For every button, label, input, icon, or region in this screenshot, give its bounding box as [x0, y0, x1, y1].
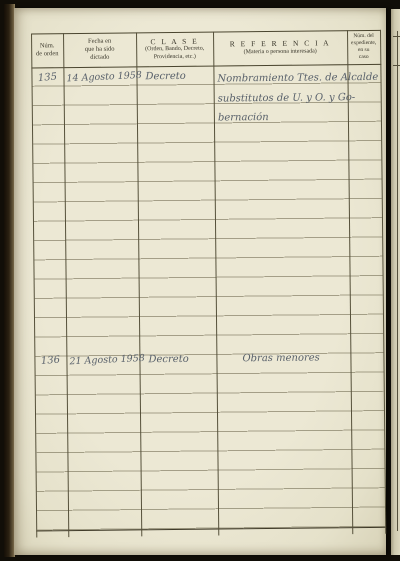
- entry-class: Decreto: [148, 354, 188, 365]
- reference-line: Nombramiento Ttes. de Alcalde: [217, 68, 379, 89]
- entry-num: 136: [34, 354, 67, 368]
- entry-class: Decreto: [145, 71, 185, 82]
- header-text: caso: [359, 54, 369, 61]
- entry-num: 135: [31, 71, 64, 85]
- scanned-ledger-background: Núm. de orden Fecha en que ha sido dicta…: [0, 0, 400, 561]
- header-subtitle: (Materia o persona interesada): [244, 48, 317, 57]
- ledger-page: Núm. de orden Fecha en que ha sido dicta…: [14, 8, 386, 555]
- header-cell-num-orden: Núm. de orden: [31, 33, 63, 67]
- header-cell-fecha: Fecha en que ha sido dictado: [63, 32, 136, 67]
- entry-row-136: 136 21 Agosto 1958 Decreto Obras menores: [34, 352, 384, 376]
- adjacent-page-header-line: [393, 65, 400, 66]
- header-text: de orden: [36, 50, 59, 58]
- entry-row-135: 135 14 Agosto 1958 Decreto Nombramiento …: [31, 69, 381, 93]
- row-grid-lines: [32, 64, 385, 532]
- reference-line: substitutos de U. y O. y Go-: [218, 87, 380, 108]
- entry-reference: Obras menores: [242, 352, 319, 364]
- header-text: dictado: [90, 54, 109, 62]
- reference-line: Obras menores: [242, 352, 319, 364]
- header-text: que ha sido: [85, 46, 115, 54]
- entry-date: 21 Agosto 1958: [69, 353, 139, 367]
- adjacent-page-edge: [391, 9, 400, 555]
- header-cell-referencia: R E F E R E N C I A (Materia o persona i…: [213, 30, 347, 65]
- header-title: C L A S E: [150, 36, 198, 46]
- adjacent-page-header-line: [393, 36, 400, 37]
- header-text: Núm.: [40, 42, 55, 50]
- adjacent-page-column-line: [397, 31, 398, 531]
- registry-table: Núm. de orden Fecha en que ha sido dicta…: [31, 30, 386, 531]
- header-subtitle: Providencia, etc.): [154, 53, 196, 61]
- entry-date: 14 Agosto 1958: [66, 70, 136, 84]
- header-cell-clase: C L A S E (Orden, Bando, Decreto, Provid…: [136, 32, 213, 67]
- reference-line: bernación: [218, 107, 380, 128]
- header-text: Fecha en: [88, 37, 111, 45]
- entry-reference: Nombramiento Ttes. de Alcalde substituto…: [217, 68, 380, 128]
- header-cell-expediente: Núm. del expediente, en su caso: [347, 30, 380, 64]
